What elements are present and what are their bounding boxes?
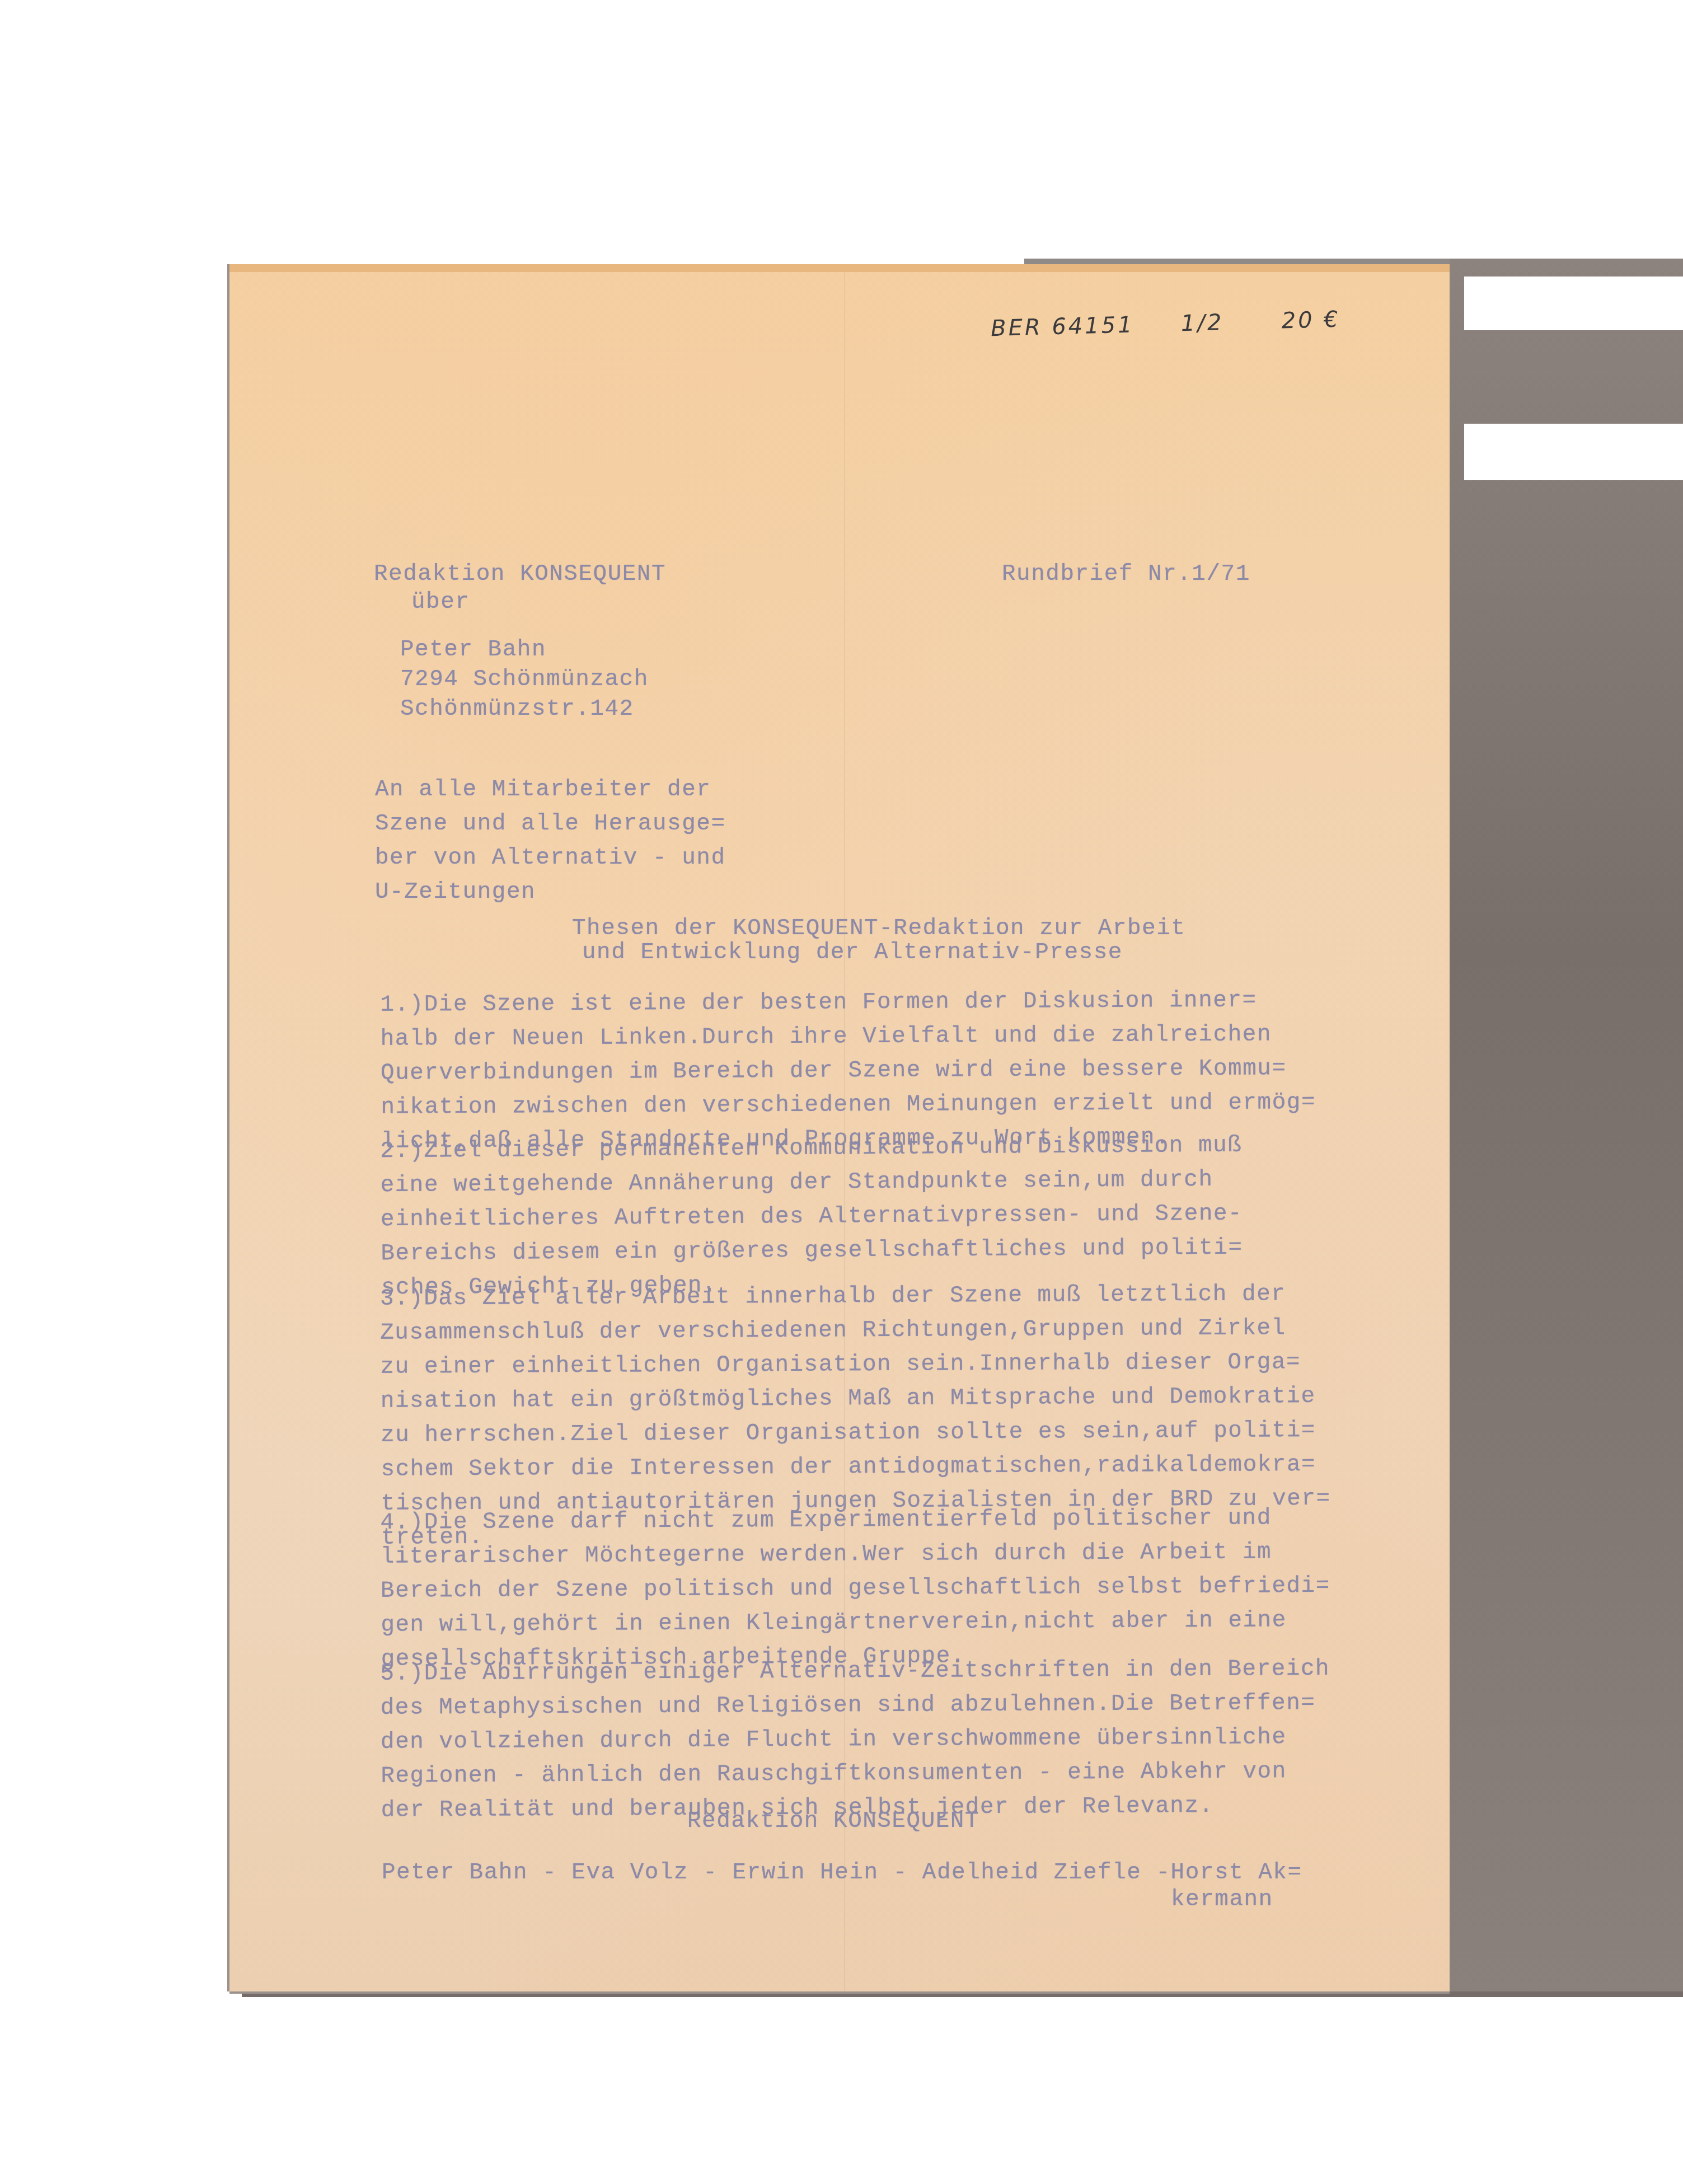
document-page: BER 64151 1/2 20 € Redaktion KONSEQUENT … [229,264,1450,1991]
thesis-line: des Metaphysischen und Religiösen sind a… [381,1686,1388,1725]
thesis-line: zu einer einheitlichen Organisation sein… [380,1345,1387,1384]
thesis-line: halb der Neuen Linken.Durch ihre Vielfal… [381,1017,1388,1056]
thesis-line: 2.)Ziel dieser permanenten Kommunikation… [380,1128,1387,1169]
price: 20 € [1281,307,1340,334]
address-street: Schönmünzstr.142 [400,692,634,726]
recipients-line: U-Zeitungen [375,875,1382,910]
thesis-line: Zusammenschluß der verschiedenen Richtun… [380,1311,1387,1350]
thesis-line: 3.)Das Ziel aller Arbeit innerhalb der S… [380,1277,1387,1316]
circular-number: Rundbrief Nr.1/71 [1002,557,1250,591]
thesis-5: 5.)Die Abirrungen einiger Alternativ-Zei… [380,1652,1389,1827]
thesis-line: Regionen - ähnlich den Rauschgiftkonsume… [381,1754,1388,1793]
recipients-line: An alle Mitarbeiter der [375,773,1382,807]
thesis-4: 4.)Die Szene darf nicht zum Experimentie… [380,1501,1389,1676]
scan-backdrop-notch-lower [1464,424,1683,480]
page-fraction: 1/2 [1180,310,1224,336]
recipients-block: An alle Mitarbeiter der Szene und alle H… [375,773,1382,910]
recipients-line: ber von Alternativ - und [375,841,1382,875]
recipients-line: Szene und alle Herausge= [375,807,1382,841]
catalog-number: BER 64151 [991,312,1135,341]
closing-members-line2: kermann [1171,1883,1273,1916]
thesis-line: nisation hat ein größtmögliches Maß an M… [381,1379,1388,1418]
thesis-line: 1.)Die Szene ist eine der besten Formen … [380,983,1387,1022]
pencil-annotation: BER 64151 1/2 20 € [991,307,1341,341]
thesis-line: zu herrschen.Ziel dieser Organisation so… [381,1413,1388,1452]
scan-backdrop-top [1024,259,1450,264]
thesis-line: literarischer Möchtegerne werden.Wer sic… [381,1535,1388,1574]
thesis-line: 5.)Die Abirrungen einiger Alternativ-Zei… [380,1652,1387,1691]
thesis-line: den vollziehen durch die Flucht in versc… [381,1720,1388,1759]
thesis-line: 4.)Die Szene darf nicht zum Experimentie… [380,1501,1387,1540]
document-title-line2: und Entwicklung der Alternativ-Presse [582,936,1123,969]
scan-backdrop-bottom [242,1991,1683,1997]
thesis-line: nikation zwischen den verschiedenen Mein… [381,1085,1388,1124]
thesis-line: Querverbindungen im Bereich der Szene wi… [381,1051,1388,1090]
thesis-line: Bereichs diesem ein größeres gesellschaf… [381,1230,1388,1272]
closing-signature: Redaktion KONSEQUENT [687,1805,979,1838]
thesis-line: schem Sektor die Interessen der antidogm… [381,1447,1388,1487]
address-name: Peter Bahn [400,633,546,667]
thesis-line: Bereich der Szene politisch und gesellsc… [381,1569,1388,1608]
address-city: 7294 Schönmünzach [400,663,649,696]
via-line: über [411,585,470,619]
scan-backdrop-notch-upper [1464,276,1683,330]
closing-members-line1: Peter Bahn - Eva Volz - Erwin Hein - Ade… [382,1856,1302,1890]
scan-backdrop-right [1450,259,1683,1997]
thesis-line: gen will,gehört in einen Kleingärtnerver… [381,1603,1388,1642]
